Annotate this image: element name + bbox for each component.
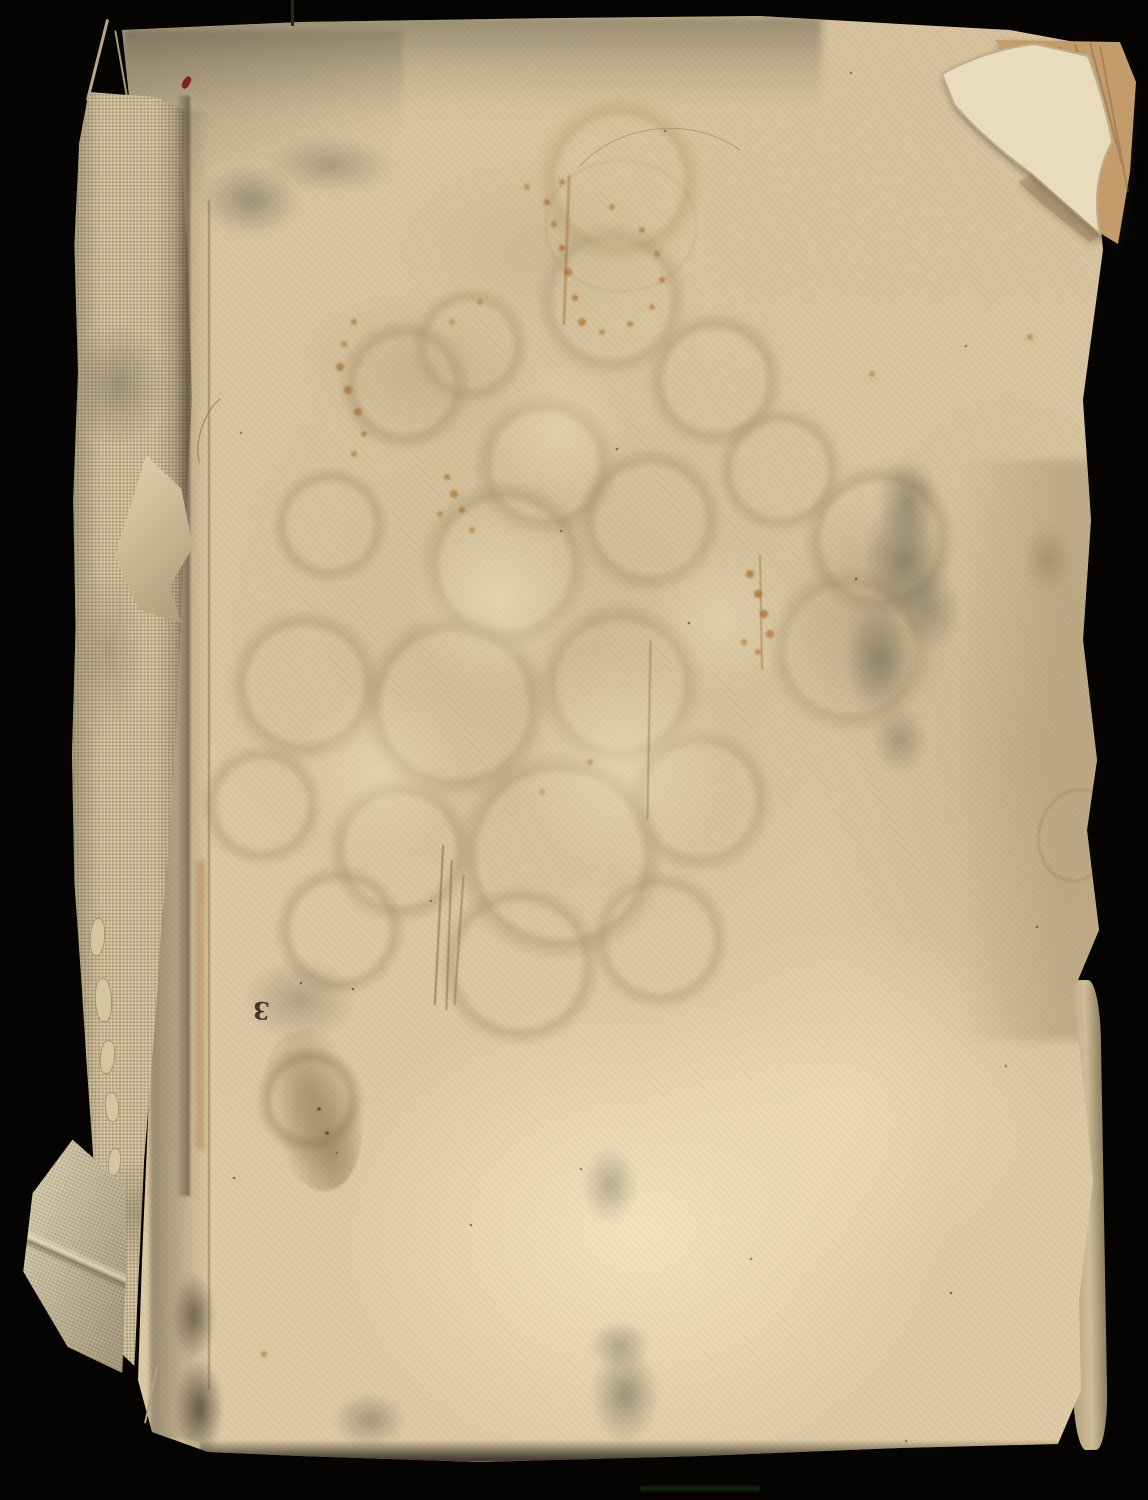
scanned-book-cover: 3 — [0, 0, 1148, 1500]
ink-specks — [0, 0, 2, 2]
printed-numeral-mark: 3 — [251, 995, 271, 1025]
right-edge-waterstain — [960, 460, 1100, 1040]
foxing-spots — [0, 0, 4, 4]
bottom-edge-grime — [200, 1440, 1080, 1462]
hinge-rust-streak — [196, 860, 205, 1150]
scanner-artifact-line — [640, 1486, 760, 1491]
bottom-left-grime — [150, 1270, 260, 1455]
frayed-thread — [86, 19, 109, 101]
ring-stain — [545, 160, 697, 292]
cloth-edge-shadow — [176, 96, 190, 1196]
scanner-artifact-line — [291, 0, 294, 26]
torn-paper-flap — [942, 44, 1112, 234]
torn-corner-flap — [940, 22, 1145, 257]
hinge-crease-line — [208, 200, 210, 1390]
